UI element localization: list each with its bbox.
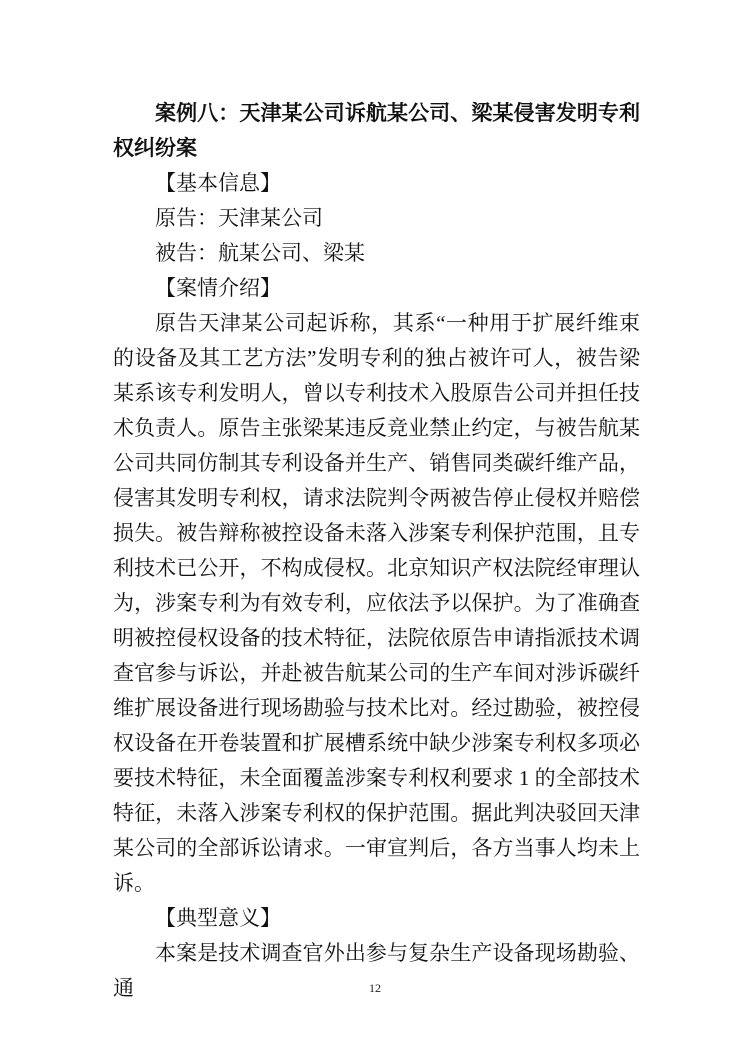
document-page: 案例八：天津某公司诉航某公司、梁某侵害发明专利权纠纷案 【基本信息】 原告：天津…: [0, 0, 750, 1061]
section-heading-basic-info: 【基本信息】: [113, 166, 640, 201]
case-intro-paragraph: 原告天津某公司起诉称，其系“一种用于扩展纤维束的设备及其工艺方法”发明专利的独占…: [113, 306, 640, 901]
defendant-line: 被告：航某公司、梁某: [113, 236, 640, 271]
section-heading-case-intro: 【案情介绍】: [113, 271, 640, 306]
plaintiff-line: 原告：天津某公司: [113, 201, 640, 236]
case-title: 案例八：天津某公司诉航某公司、梁某侵害发明专利权纠纷案: [113, 96, 640, 166]
section-heading-significance: 【典型意义】: [113, 901, 640, 936]
page-number: 12: [0, 980, 750, 996]
